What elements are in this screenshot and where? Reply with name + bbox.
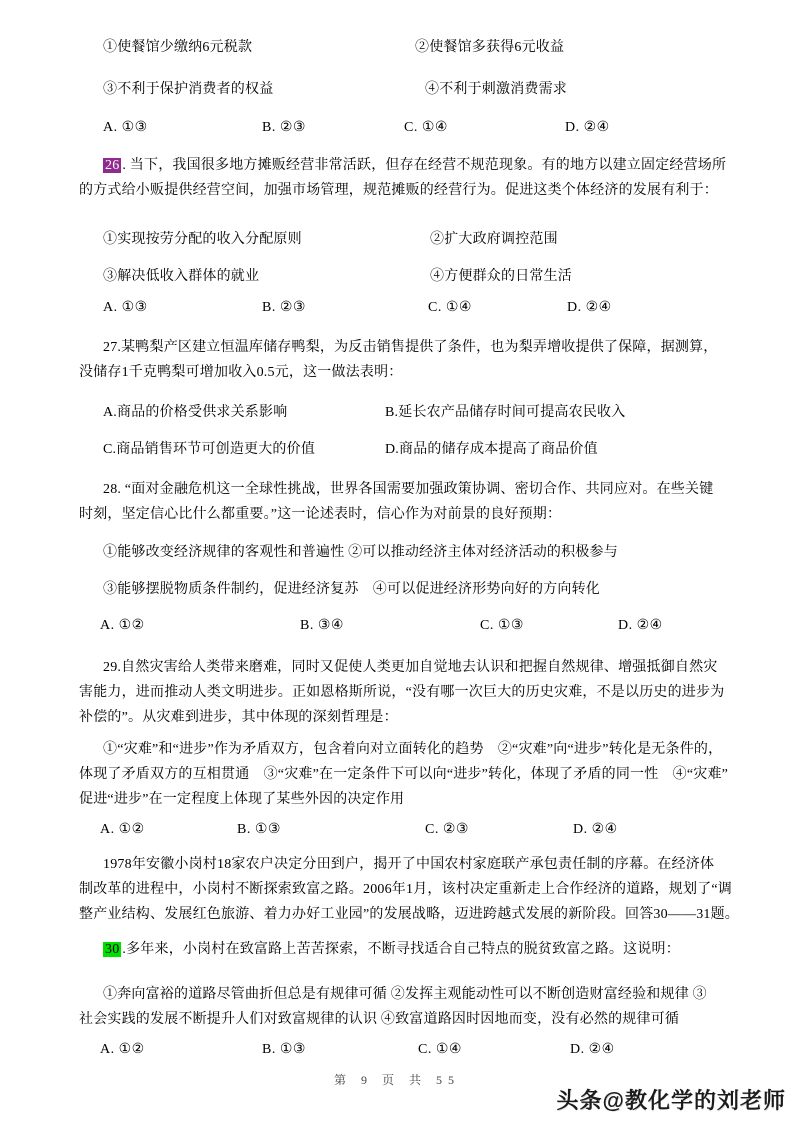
q26-stem-text-1: . 当下，我国很多地方摊贩经营非常活跃，但存在经营不规范现象。有的地方以建立固定… (122, 158, 726, 173)
q25-option-4: ④不利于刺激消费需求 (425, 80, 567, 100)
q26-answer-row: A. ①③ B. ②③ C. ①④ D. ②④ (0, 299, 794, 319)
q30-options-line-2: 社会实践的发展不断提升人们对致富规律的认识 ④致富道路因时因地而变，没有必然的规… (79, 1010, 679, 1030)
q28-stem-line-2: 时刻，坚定信心比什么都重要。”这一论述表时，信心作为对前景的良好预期： (79, 505, 561, 525)
q30-stem-line: 30.多年来，小岗村在致富路上苦苦探索，不断寻找适合自己特点的脱贫致富之路。这说… (103, 940, 680, 960)
q28-answer-b: B. ③④ (300, 617, 344, 634)
q26-number-highlight: 26 (103, 158, 121, 173)
passage-line-2: 制改革的进程中，小岗村不断探索致富之路。2006年1月，该村决定重新走上合作经济… (79, 880, 732, 900)
q29-options-line-3: 促进“进步”在一定程度上体现了某些外因的决定作用 (79, 790, 404, 810)
q25-answer-row: A. ①③ B. ②③ C. ①④ D. ②④ (0, 119, 794, 139)
q26-answer-a: A. ①③ (103, 299, 148, 316)
q27-option-b: B.延长农产品储存时间可提高农民收入 (385, 403, 625, 423)
q25-option-3: ③不利于保护消费者的权益 (103, 80, 273, 100)
q26-stem-line-2: 的方式给小贩提供经营空间，加强市场管理，规范摊贩的经营行为。促进这类个体经济的发… (79, 181, 718, 201)
q25-answer-c: C. ①④ (404, 119, 448, 136)
q26-option-3: ③解决低收入群体的就业 (103, 267, 259, 287)
q28-answer-a: A. ①② (100, 617, 145, 634)
q25-answer-a: A. ①③ (103, 119, 148, 136)
q26-option-2: ②扩大政府调控范围 (430, 230, 558, 250)
q26-option-1: ①实现按劳分配的收入分配原则 (103, 230, 302, 250)
q25-option-2: ②使餐馆多获得6元收益 (415, 38, 564, 58)
q29-options-line-2: 体现了矛盾双方的互相贯通 ③“灾难”在一定条件下可以向“进步”转化，体现了矛盾的… (79, 765, 728, 785)
q25-answer-d: D. ②④ (565, 119, 610, 136)
q30-answer-d: D. ②④ (570, 1041, 615, 1058)
q30-answer-a: A. ①② (100, 1041, 145, 1058)
q28-answer-row: A. ①② B. ③④ C. ①③ D. ②④ (0, 617, 794, 637)
q29-answer-b: B. ①③ (237, 821, 281, 838)
q28-options-line-1: ①能够改变经济规律的客观性和普遍性 ②可以推动经济主体对经济活动的积极参与 (103, 543, 618, 563)
passage-line-3: 整产业结构、发展红色旅游、着力办好工业园”的发展战略，迈进跨越式发展的新阶段。回… (79, 905, 739, 925)
q26-option-4: ④方便群众的日常生活 (430, 267, 572, 287)
q28-answer-c: C. ①③ (480, 617, 524, 634)
q27-stem-line-2: 没储存1千克鸭梨可增加收入0.5元，这一做法表明： (79, 363, 403, 383)
q29-answer-c: C. ②③ (425, 821, 469, 838)
q30-answer-b: B. ①③ (262, 1041, 306, 1058)
q26-answer-d: D. ②④ (567, 299, 612, 316)
q30-answer-c: C. ①④ (418, 1041, 462, 1058)
q30-answer-row: A. ①② B. ①③ C. ①④ D. ②④ (0, 1041, 794, 1061)
q29-answer-row: A. ①② B. ①③ C. ②③ D. ②④ (0, 821, 794, 841)
passage-line-1: 1978年安徽小岗村18家农户决定分田到户，揭开了中国农村家庭联产承包责任制的序… (103, 855, 714, 875)
watermark: 头条@教化学的刘老师 (557, 1084, 786, 1115)
q30-number-highlight: 30 (103, 942, 121, 957)
exam-page: ①使餐馆少缴纳6元税款 ②使餐馆多获得6元收益 ③不利于保护消费者的权益 ④不利… (0, 0, 794, 1123)
q29-stem-line-2: 害能力，进而推动人类文明进步。正如恩格斯所说，“没有哪一次巨大的历史灾难，不是以… (79, 683, 724, 703)
q30-stem-text: .多年来，小岗村在致富路上苦苦探索，不断寻找适合自己特点的脱贫致富之路。这说明： (122, 942, 680, 957)
q26-stem-line-1: 26. 当下，我国很多地方摊贩经营非常活跃，但存在经营不规范现象。有的地方以建立… (103, 156, 726, 176)
q25-option-1: ①使餐馆少缴纳6元税款 (103, 38, 252, 58)
q29-stem-line-3: 补偿的”。从灾难到进步，其中体现的深刻哲理是： (79, 708, 398, 728)
q29-stem-line-1: 29.自然灾害给人类带来磨难，同时又促使人类更加自觉地去认识和把握自然规律、增强… (103, 658, 718, 678)
q27-option-c: C.商品销售环节可创造更大的价值 (103, 440, 315, 460)
q27-stem-line-1: 27.某鸭梨产区建立恒温库储存鸭梨，为反击销售提供了条件，也为梨弄增收提供了保障… (103, 338, 718, 358)
q28-options-line-2: ③能够摆脱物质条件制约，促进经济复苏 ④可以促进经济形势向好的方向转化 (103, 580, 600, 600)
q29-answer-d: D. ②④ (573, 821, 618, 838)
q26-answer-b: B. ②③ (262, 299, 306, 316)
q30-options-line-1: ①奔向富裕的道路尽管曲折但总是有规律可循 ②发挥主观能动性可以不断创造财富经验和… (103, 985, 707, 1005)
q27-option-a: A.商品的价格受供求关系影响 (103, 403, 287, 423)
q28-stem-line-1: 28. “面对金融危机这一全球性挑战，世界各国需要加强政策协调、密切合作、共同应… (103, 480, 713, 500)
q27-option-d: D.商品的储存成本提高了商品价值 (385, 440, 598, 460)
q28-answer-d: D. ②④ (618, 617, 663, 634)
q26-answer-c: C. ①④ (428, 299, 472, 316)
q29-answer-a: A. ①② (100, 821, 145, 838)
q29-options-line-1: ①“灾难”和“进步”作为矛盾双方，包含着向对立面转化的趋势 ②“灾难”向“进步”… (103, 740, 722, 760)
q25-answer-b: B. ②③ (262, 119, 306, 136)
